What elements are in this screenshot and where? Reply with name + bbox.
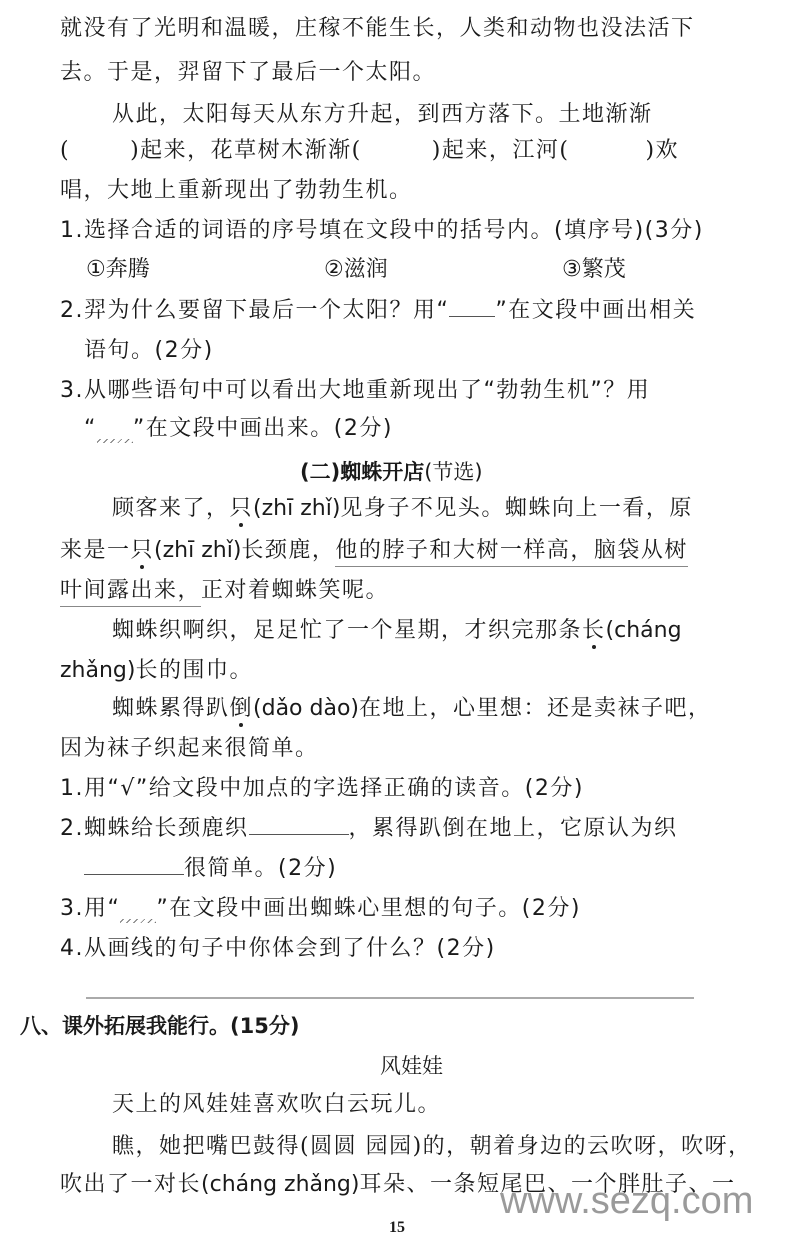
answer-line[interactable]	[86, 997, 694, 999]
question-2-cont: 很简单。(2分)	[84, 854, 337, 884]
bracket-text: )起来，花草树木渐渐(	[130, 138, 362, 163]
dotted-char: 只	[131, 538, 155, 563]
passage-line: zhǎng)长的围巾。	[60, 656, 253, 686]
answer-blank[interactable]	[84, 856, 184, 875]
option-2: ②滋润	[324, 255, 388, 285]
underlined-sentence: 叶间露出来，	[60, 578, 201, 607]
text: 来是一	[60, 538, 131, 563]
text: 吹出了一对长	[60, 1172, 201, 1197]
passage-line: 从此，太阳每天从东方升起，到西方落下。土地渐渐	[112, 100, 653, 130]
dotted-char: 只	[230, 496, 254, 521]
passage-line: 叶间露出来，正对着蜘蛛笑呢。	[60, 576, 389, 606]
question-3: 3.从哪些语句中可以看出大地重新现出了“勃勃生机”？用	[60, 376, 650, 406]
question-text: 2.蜘蛛给长颈鹿织	[60, 816, 249, 841]
pinyin-choice[interactable]: (cháng	[606, 618, 682, 643]
text: 蜘蛛累得趴	[112, 696, 230, 721]
wavy-line-symbol	[120, 897, 156, 915]
passage-line: 来是一只(zhī zhǐ)长颈鹿，他的脖子和大树一样高，脑袋从树	[60, 536, 688, 566]
passage-line: 蜘蛛织啊织，足足忙了一个星期，才织完那条长(cháng	[112, 616, 682, 646]
section-heading: 八、课外拓展我能行。(15分)	[20, 1010, 299, 1040]
question-text: ”在文段中画出相关	[495, 298, 696, 323]
pinyin-choice[interactable]: zhǎng)	[60, 658, 135, 683]
pinyin-choice[interactable]: (zhī zhǐ)	[253, 496, 340, 521]
pinyin-choice[interactable]: (zhī zhǐ)	[154, 538, 241, 563]
question-2: 2.蜘蛛给长颈鹿织，累得趴倒在地上，它原认为织	[60, 814, 678, 844]
section-title-note: (节选)	[424, 460, 482, 484]
passage-line: 瞧，她把嘴巴鼓得(圆圆 园园)的，朝着身边的云吹呀，吹呀，	[112, 1132, 752, 1162]
dotted-char: 长	[582, 618, 606, 643]
question-text: 3.用“	[60, 896, 120, 921]
bracket-text: (	[60, 138, 70, 163]
watermark: www.sezq.com	[500, 1180, 753, 1223]
passage-line: 就没有了光明和温暖，庄稼不能生长，人类和动物也没法活下	[60, 14, 695, 44]
question-text: ”在文段中画出来。(2分)	[133, 416, 393, 441]
pinyin-choice[interactable]: (dǎo dào)	[253, 696, 359, 721]
question-4: 4.从画线的句子中你体会到了什么？(2分)	[60, 934, 496, 964]
bracket-text: )起来，江河(	[432, 138, 570, 163]
fill-blank-line: ()起来，花草树木渐渐()起来，江河()欢	[60, 136, 760, 166]
question-3-cont: “”在文段中画出来。(2分)	[84, 414, 393, 444]
page-number: 15	[389, 1219, 405, 1237]
text: 顾客来了，	[112, 496, 230, 521]
question-text: ”在文段中画出蜘蛛心里想的句子。(2分)	[156, 896, 581, 921]
text: 蜘蛛织啊织，足足忙了一个星期，才织完那条	[112, 618, 582, 643]
question-text: ，累得趴倒在地上，它原认为织	[349, 816, 678, 841]
underlined-sentence: 他的脖子和大树一样高，脑袋从树	[335, 538, 688, 567]
option-1: ①奔腾	[86, 255, 150, 285]
passage-line: 蜘蛛累得趴倒(dǎo dào)在地上，心里想：还是卖袜子吧，	[112, 694, 712, 724]
text: 长的围巾。	[135, 658, 253, 683]
section-title: (二)蜘蛛开店(节选)	[300, 456, 483, 486]
text: 见身子不见头。蜘蛛向上一看，原	[340, 496, 693, 521]
passage-line: 天上的风娃娃喜欢吹白云玩儿。	[112, 1090, 441, 1120]
text: 正对着蜘蛛笑呢。	[201, 578, 389, 603]
pinyin-choice[interactable]: (cháng zhǎng)	[201, 1172, 359, 1197]
question-2: 2.羿为什么要留下最后一个太阳？用“”在文段中画出相关	[60, 296, 696, 326]
option-3: ③繁茂	[562, 255, 626, 285]
straight-line-symbol	[449, 298, 495, 317]
passage-line: 唱，大地上重新现出了勃勃生机。	[60, 176, 413, 206]
text: 长颈鹿，	[241, 538, 335, 563]
text: 在地上，心里想：还是卖袜子吧，	[359, 696, 712, 721]
question-text: “	[84, 416, 97, 441]
question-1: 1.用“√”给文段中加点的字选择正确的读音。(2分)	[60, 774, 584, 804]
section-title-main: (二)蜘蛛开店	[300, 460, 424, 484]
passage-line: 因为袜子织起来很简单。	[60, 734, 319, 764]
question-text: 2.羿为什么要留下最后一个太阳？用“	[60, 298, 449, 323]
question-1: 1.选择合适的词语的序号填在文段中的括号内。(填序号)(3分)	[60, 216, 704, 246]
bracket-text: )欢	[645, 138, 679, 163]
passage-line: 去。于是，羿留下了最后一个太阳。	[60, 58, 436, 88]
dotted-char: 倒	[230, 696, 254, 721]
question-text: 很简单。(2分)	[184, 856, 337, 881]
question-3: 3.用“”在文段中画出蜘蛛心里想的句子。(2分)	[60, 894, 581, 924]
answer-blank[interactable]	[249, 816, 349, 835]
story-title: 风娃娃	[380, 1050, 443, 1080]
wavy-line-symbol	[97, 417, 133, 435]
passage-line: 顾客来了，只(zhī zhǐ)见身子不见头。蜘蛛向上一看，原	[112, 494, 693, 524]
question-2-cont: 语句。(2分)	[84, 336, 214, 366]
